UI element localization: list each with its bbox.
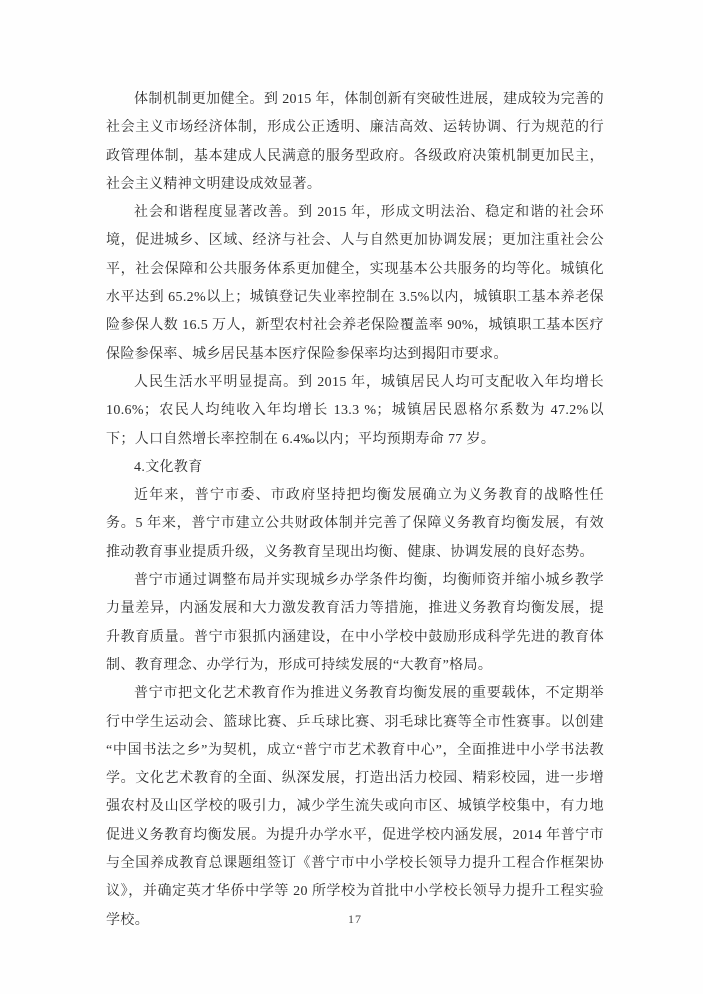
paragraph-balanced-development-strategy: 近年来，普宁市委、市政府坚持把均衡发展确立为义务教育的战略性任务。5 年来，普宁… bbox=[106, 482, 604, 567]
page-number: 17 bbox=[348, 912, 362, 926]
paragraph-culture-art-education: 普宁市把文化艺术教育作为推进义务教育均衡发展的重要载体，不定期举行中学生运动会、… bbox=[106, 680, 604, 935]
page-footer: 17 bbox=[106, 910, 604, 928]
paragraph-social-harmony: 社会和谐程度显著改善。到 2015 年，形成文明法治、稳定和谐的社会环境，促进城… bbox=[106, 199, 604, 369]
document-page: 体制机制更加健全。到 2015 年，体制创新有突破性进展，建成较为完善的社会主义… bbox=[0, 0, 703, 994]
paragraph-living-standards: 人民生活水平明显提高。到 2015 年，城镇居民人均可支配收入年均增长 10.6… bbox=[106, 369, 604, 454]
section-heading-culture-education: 4.文化教育 bbox=[106, 454, 604, 482]
paragraph-education-quality: 普宁市通过调整布局并实现城乡办学条件均衡，均衡师资并缩小城乡教学力量差异，内涵发… bbox=[106, 567, 604, 680]
document-body: 体制机制更加健全。到 2015 年，体制创新有突破性进展，建成较为完善的社会主义… bbox=[106, 86, 604, 935]
paragraph-institutional-mechanism: 体制机制更加健全。到 2015 年，体制创新有突破性进展，建成较为完善的社会主义… bbox=[106, 86, 604, 199]
